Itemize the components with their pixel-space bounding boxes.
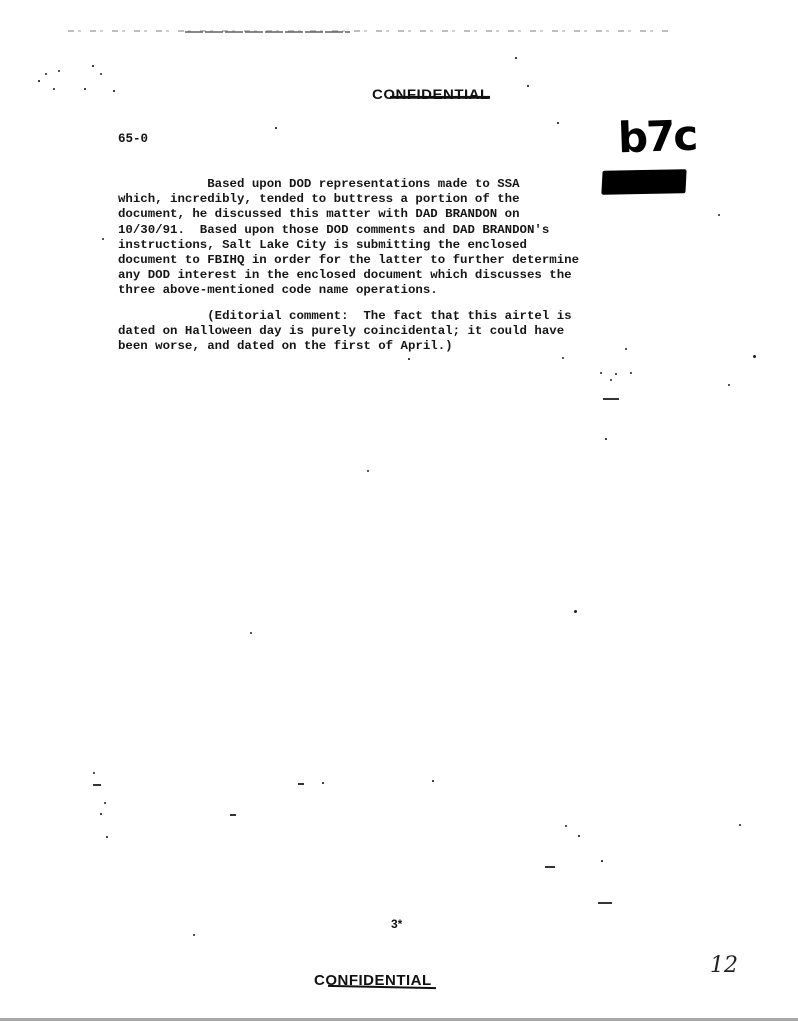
scan-speck xyxy=(275,127,277,129)
classification-stamp-top: CONFIDENTIAL xyxy=(372,86,490,102)
body-paragraph: Based upon DOD representations made to S… xyxy=(118,177,688,299)
scan-dash xyxy=(545,866,555,868)
scan-speck xyxy=(104,802,106,804)
scan-speck xyxy=(53,88,55,90)
scan-speck xyxy=(562,357,564,359)
scan-speck xyxy=(739,824,741,826)
handwritten-exemption-mark: b7c xyxy=(617,111,697,163)
scan-speck xyxy=(106,836,108,838)
scan-speck xyxy=(102,238,104,240)
scan-speck xyxy=(600,372,602,374)
scan-speck xyxy=(408,358,410,360)
scan-speck xyxy=(100,813,102,815)
scan-speck xyxy=(527,85,529,87)
scan-dash xyxy=(598,902,612,904)
scan-speck xyxy=(578,835,580,837)
scan-speck xyxy=(455,318,457,320)
scan-speck xyxy=(367,470,369,472)
scan-speck xyxy=(432,780,434,782)
scan-speck xyxy=(753,355,756,358)
scan-dash xyxy=(230,814,236,816)
page-number: 3* xyxy=(391,917,402,931)
scan-speck xyxy=(615,373,617,375)
scan-dash xyxy=(298,783,304,785)
scan-speck xyxy=(610,379,612,381)
scan-speck xyxy=(84,88,86,90)
scan-speck xyxy=(574,610,577,613)
handwritten-page-number: 12 xyxy=(710,953,738,978)
scan-speck xyxy=(322,782,324,784)
document-page: CONFIDENTIAL 65-0 b7c Based upon DOD rep… xyxy=(0,0,798,1018)
scan-speck xyxy=(605,438,607,440)
scan-speck xyxy=(565,825,567,827)
editorial-comment-paragraph: (Editorial comment: The fact that this a… xyxy=(118,309,688,355)
scan-dash xyxy=(93,784,101,786)
scan-artifact-line xyxy=(68,30,668,32)
scan-speck xyxy=(718,214,720,216)
classification-stamp-bottom: CONFIDENTIAL xyxy=(314,972,432,989)
scan-speck xyxy=(728,384,730,386)
scan-speck xyxy=(113,90,115,92)
scan-speck xyxy=(630,372,632,374)
scan-speck xyxy=(100,73,102,75)
scan-speck xyxy=(515,57,517,59)
scan-speck xyxy=(250,632,252,634)
scan-speck xyxy=(92,65,94,67)
scan-speck xyxy=(625,348,627,350)
scan-speck xyxy=(93,772,95,774)
scan-speck xyxy=(45,73,47,75)
scan-speck xyxy=(193,934,195,936)
scan-speck xyxy=(601,860,603,862)
scan-speck xyxy=(557,122,559,124)
file-number: 65-0 xyxy=(118,132,148,146)
scan-speck xyxy=(58,70,60,72)
scan-artifact-line xyxy=(185,31,350,33)
scan-speck xyxy=(38,80,40,82)
scan-dash xyxy=(603,398,619,400)
